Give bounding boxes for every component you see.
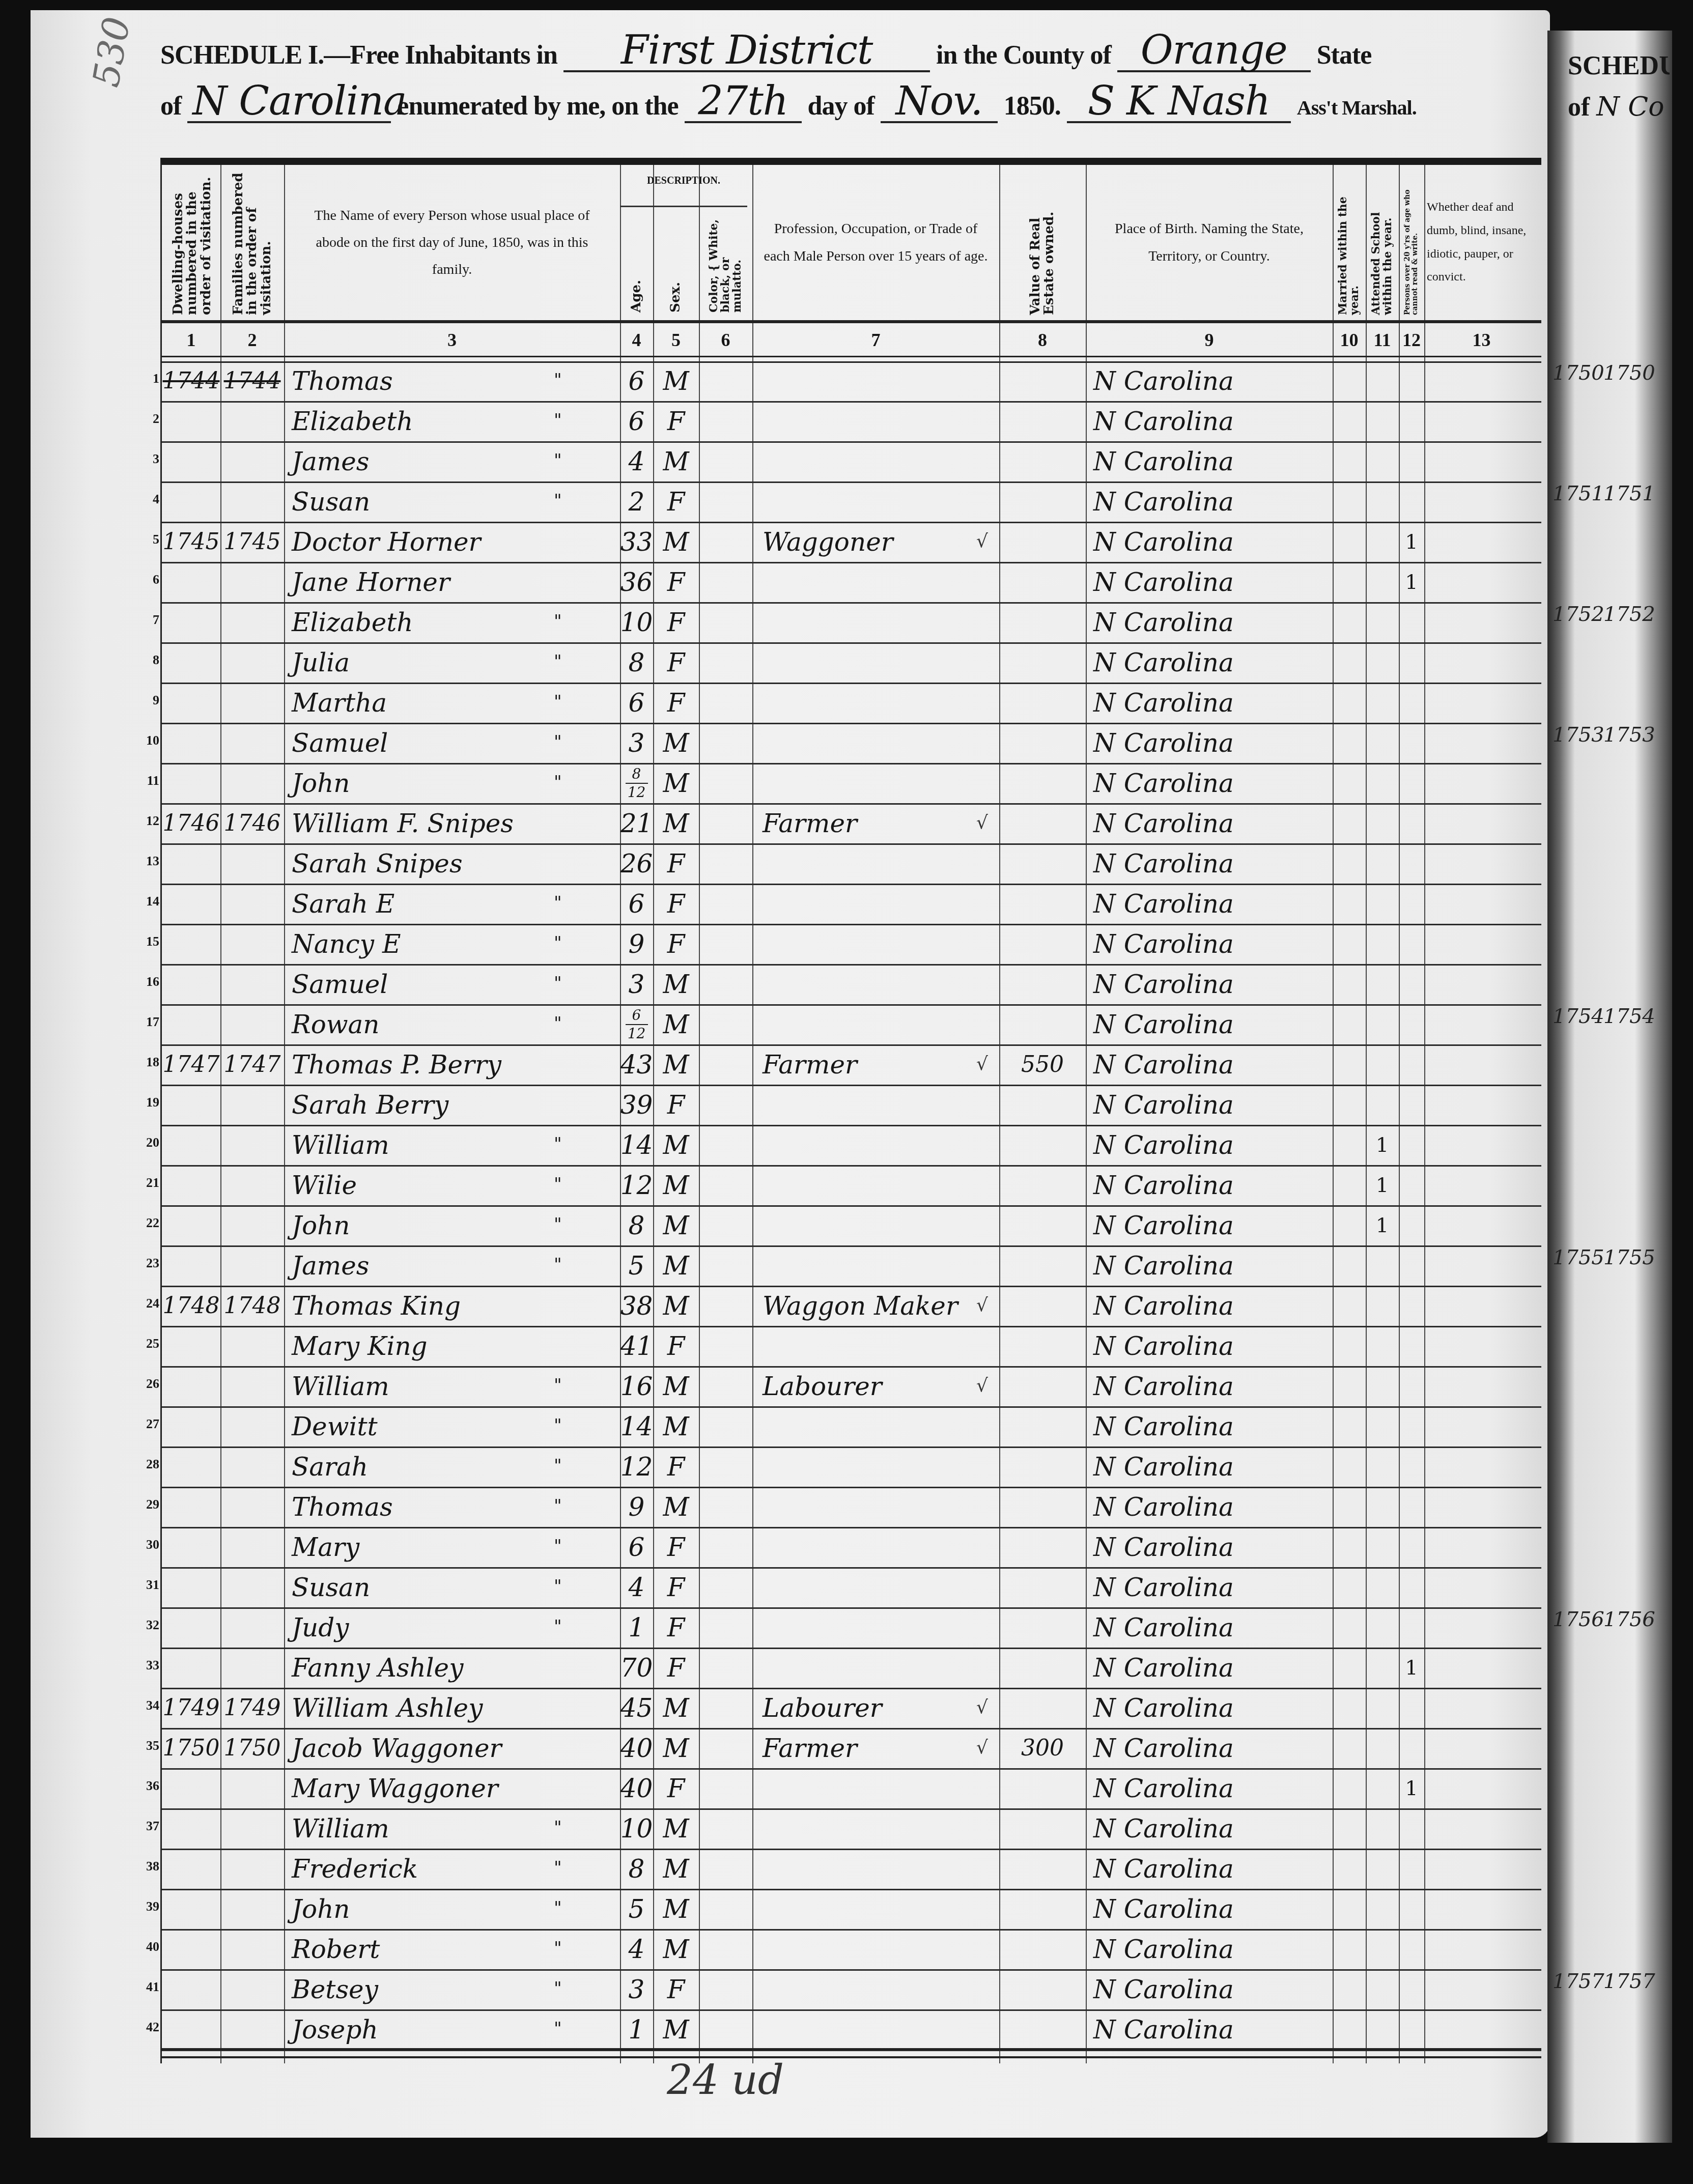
real-estate-value (999, 1004, 1086, 1044)
person-name: Martha (292, 683, 617, 723)
dwelling-number (162, 1446, 220, 1487)
real-estate-value (999, 763, 1086, 803)
sex: M (653, 522, 699, 562)
person-name: Elizabeth (292, 602, 617, 642)
person-name: James (292, 1245, 617, 1286)
person-name: Betsey (292, 1969, 617, 2009)
school-mark (1366, 843, 1399, 884)
next-page-dwelling-number: 1750 (1553, 361, 1604, 385)
tally-check-icon: √ (976, 1737, 988, 1758)
married-mark (1333, 2009, 1366, 2050)
next-page-family-number: 1755 (1603, 1246, 1655, 1269)
birthplace: N Carolina (1093, 1446, 1328, 1487)
sex: F (653, 1326, 699, 1366)
married-mark (1333, 1406, 1366, 1446)
ditto-mark: " (554, 450, 562, 471)
ditto-mark: " (554, 933, 562, 953)
school-mark (1366, 964, 1399, 1004)
dwelling-number (162, 1969, 220, 2009)
illiterate-mark (1399, 1165, 1424, 1205)
header-family: Families numbered in the order of visita… (222, 170, 283, 315)
occupation (763, 763, 997, 803)
next-page-family-number: 1757 (1603, 1970, 1655, 1993)
line-number: 7 (139, 612, 159, 628)
table-row: 37William10MN Carolina" (162, 1808, 1541, 1850)
school-mark (1366, 562, 1399, 602)
school-mark (1366, 1527, 1399, 1567)
table-row: 25Mary King41FN Carolina (162, 1326, 1541, 1368)
sex: M (653, 1205, 699, 1245)
ditto-mark: " (554, 1255, 562, 1275)
table-row: 27Dewitt14MN Carolina" (162, 1406, 1541, 1448)
married-mark (1333, 1607, 1366, 1648)
table-row: 3James4MN Carolina" (162, 441, 1541, 483)
real-estate-value (999, 1366, 1086, 1406)
sex: M (653, 1849, 699, 1889)
real-estate-value (999, 1969, 1086, 2009)
fraction-age: 612 (626, 1008, 648, 1041)
table-row: 11John812MN Carolina" (162, 763, 1541, 805)
real-estate-value (999, 562, 1086, 602)
school-mark (1366, 1728, 1399, 1768)
school-mark (1366, 602, 1399, 642)
married-mark (1333, 924, 1366, 964)
illiterate-mark (1399, 1849, 1424, 1889)
real-estate-value (999, 723, 1086, 763)
line-number: 4 (139, 492, 159, 507)
family-number (220, 1446, 284, 1487)
birthplace: N Carolina (1093, 361, 1328, 401)
real-estate-value (999, 1768, 1086, 1808)
illiterate-mark (1399, 843, 1424, 884)
age: 33 (620, 522, 653, 562)
ditto-mark: " (554, 1978, 562, 1999)
sex: M (653, 2009, 699, 2050)
ditto-mark: " (554, 491, 562, 511)
sex: M (653, 763, 699, 803)
illiterate-mark (1399, 1728, 1424, 1768)
married-mark (1333, 562, 1366, 602)
birthplace: N Carolina (1093, 723, 1328, 763)
family-number (220, 723, 284, 763)
dwelling-number: 1744 (162, 361, 220, 401)
real-estate-value (999, 1446, 1086, 1487)
real-estate-value (999, 1808, 1086, 1849)
person-name: John (292, 1889, 617, 1929)
dwelling-number (162, 924, 220, 964)
sex: F (653, 1085, 699, 1125)
married-mark (1333, 763, 1366, 803)
married-mark (1333, 1446, 1366, 1487)
family-number: 1747 (220, 1044, 284, 1085)
school-mark (1366, 1286, 1399, 1326)
sex: M (653, 723, 699, 763)
line-number: 36 (139, 1778, 159, 1794)
age: 2 (620, 481, 653, 522)
family-number (220, 2009, 284, 2050)
table-row: 40Robert4MN Carolina" (162, 1929, 1541, 1971)
dwelling-number (162, 481, 220, 522)
occupation (763, 1165, 997, 1205)
occupation: Labourer (763, 1688, 997, 1728)
dwelling-number (162, 1004, 220, 1044)
col-num-2: 2 (220, 326, 284, 354)
illiterate-mark: 1 (1399, 522, 1424, 562)
schedule-label: SCHEDULE I.—Free Inhabitants in (160, 41, 557, 70)
sex: F (653, 602, 699, 642)
birthplace: N Carolina (1093, 964, 1328, 1004)
birthplace: N Carolina (1093, 1527, 1328, 1567)
header-occupation: Profession, Occupation, or Trade of each… (755, 170, 997, 315)
married-mark (1333, 401, 1366, 441)
real-estate-value (999, 884, 1086, 924)
age: 3 (620, 964, 653, 1004)
col-num-10: 10 (1333, 326, 1366, 354)
family-number (220, 1929, 284, 1969)
person-name: James (292, 441, 617, 481)
illiterate-mark (1399, 1245, 1424, 1286)
header-illiterate: Persons over 20 y'rs of age who cannot r… (1399, 170, 1424, 315)
birthplace: N Carolina (1093, 1165, 1328, 1205)
col-num-11: 11 (1366, 326, 1399, 354)
person-name: Sarah (292, 1446, 617, 1487)
tally-check-icon: √ (976, 1295, 988, 1316)
dwelling-number (162, 1245, 220, 1286)
occupation (763, 1567, 997, 1607)
person-name: Thomas (292, 1487, 617, 1527)
occupation: Farmer (763, 803, 997, 843)
family-number (220, 401, 284, 441)
birthplace: N Carolina (1093, 562, 1328, 602)
age: 5 (620, 1889, 653, 1929)
person-name: Wilie (292, 1165, 617, 1205)
dwelling-number (162, 1366, 220, 1406)
married-mark (1333, 481, 1366, 522)
illiterate-mark (1399, 481, 1424, 522)
age: 4 (620, 441, 653, 481)
birthplace: N Carolina (1093, 1728, 1328, 1768)
birthplace: N Carolina (1093, 1849, 1328, 1889)
age: 43 (620, 1044, 653, 1085)
school-mark (1366, 683, 1399, 723)
ditto-mark: " (554, 1576, 562, 1597)
person-name: Mary (292, 1527, 617, 1567)
dwelling-number (162, 964, 220, 1004)
dwelling-number (162, 2009, 220, 2050)
dwelling-number (162, 1406, 220, 1446)
state-value: N Carolina (187, 81, 391, 123)
person-name: Nancy E (292, 924, 617, 964)
birthplace: N Carolina (1093, 441, 1328, 481)
table-row: 22John8MN Carolina1" (162, 1205, 1541, 1247)
dwelling-number: 1745 (162, 522, 220, 562)
school-mark (1366, 1446, 1399, 1487)
school-mark (1366, 401, 1399, 441)
illiterate-mark (1399, 642, 1424, 683)
col-num-12: 12 (1399, 326, 1424, 354)
sex: F (653, 683, 699, 723)
ditto-mark: " (554, 1536, 562, 1556)
family-number (220, 441, 284, 481)
school-mark (1366, 884, 1399, 924)
occupation (763, 1245, 997, 1286)
married-mark (1333, 843, 1366, 884)
sex: F (653, 843, 699, 884)
real-estate-value (999, 361, 1086, 401)
ditto-mark: " (554, 370, 562, 390)
table-row: 31Susan4FN Carolina" (162, 1567, 1541, 1609)
line-number: 6 (139, 572, 159, 587)
real-estate-value (999, 803, 1086, 843)
next-page-family-number: 1754 (1603, 1005, 1655, 1028)
person-name: Mary King (292, 1326, 617, 1366)
school-mark: 1 (1366, 1205, 1399, 1245)
school-mark (1366, 1245, 1399, 1286)
dwelling-number (162, 602, 220, 642)
school-mark (1366, 1849, 1399, 1889)
age: 612 (620, 1004, 653, 1044)
school-mark (1366, 803, 1399, 843)
family-number (220, 1567, 284, 1607)
sex: F (653, 642, 699, 683)
illiterate-mark (1399, 803, 1424, 843)
next-page-dwelling-number: 1755 (1553, 1246, 1604, 1269)
married-mark (1333, 1366, 1366, 1406)
marshal-signature: S K Nash (1067, 81, 1291, 123)
dwelling-number (162, 1326, 220, 1366)
next-page-family-number: 1751 (1603, 482, 1655, 505)
age: 3 (620, 723, 653, 763)
header-real-estate: Value of Real Estate owned. (999, 170, 1086, 315)
ditto-mark: " (554, 1214, 562, 1235)
table-row: 9Martha6FN Carolina" (162, 683, 1541, 724)
real-estate-value (999, 1286, 1086, 1326)
county-value: Orange (1117, 31, 1311, 72)
married-mark (1333, 1326, 1366, 1366)
real-estate-value (999, 1205, 1086, 1245)
birthplace: N Carolina (1093, 763, 1328, 803)
birthplace: N Carolina (1093, 1205, 1328, 1245)
occupation (763, 361, 997, 401)
birthplace: N Carolina (1093, 1607, 1328, 1648)
age: 1 (620, 1607, 653, 1648)
table-row: 20William14MN Carolina1" (162, 1125, 1541, 1167)
birthplace: N Carolina (1093, 1487, 1328, 1527)
married-mark (1333, 1929, 1366, 1969)
illiterate-mark (1399, 1929, 1424, 1969)
line-number: 23 (139, 1256, 159, 1271)
person-name: Thomas P. Berry (292, 1044, 617, 1085)
school-mark (1366, 441, 1399, 481)
age: 38 (620, 1286, 653, 1326)
age: 10 (620, 602, 653, 642)
occupation: Waggon Maker (763, 1286, 997, 1326)
married-mark (1333, 1889, 1366, 1929)
married-mark (1333, 964, 1366, 1004)
age: 6 (620, 361, 653, 401)
dwelling-number: 1749 (162, 1688, 220, 1728)
line-number: 11 (139, 773, 159, 788)
family-number (220, 763, 284, 803)
sex: F (653, 1768, 699, 1808)
dwelling-number (162, 763, 220, 803)
dwelling-number (162, 884, 220, 924)
ditto-mark: " (554, 1818, 562, 1838)
ditto-mark: " (554, 1616, 562, 1637)
birthplace: N Carolina (1093, 602, 1328, 642)
dwelling-number (162, 642, 220, 683)
tally-check-icon: √ (976, 812, 988, 833)
occupation (763, 1406, 997, 1446)
school-mark: 1 (1366, 1125, 1399, 1165)
sex: M (653, 1004, 699, 1044)
occupation (763, 964, 997, 1004)
line-number: 18 (139, 1055, 159, 1070)
sex: F (653, 1567, 699, 1607)
married-mark (1333, 1527, 1366, 1567)
real-estate-value (999, 964, 1086, 1004)
next-page-state: of N Co (1568, 92, 1670, 122)
illiterate-mark (1399, 1527, 1424, 1567)
occupation (763, 1768, 997, 1808)
real-estate-value (999, 1929, 1086, 1969)
married-mark (1333, 1165, 1366, 1205)
married-mark (1333, 1808, 1366, 1849)
illiterate-mark (1399, 1366, 1424, 1406)
age: 3 (620, 1969, 653, 2009)
real-estate-value (999, 1607, 1086, 1648)
dwelling-number (162, 1527, 220, 1567)
ditto-mark: " (554, 651, 562, 672)
family-number: 1745 (220, 522, 284, 562)
person-name: Susan (292, 481, 617, 522)
ditto-mark: " (554, 893, 562, 913)
table-row: 32Judy1FN Carolina" (162, 1607, 1541, 1649)
dwelling-number (162, 843, 220, 884)
school-mark (1366, 1929, 1399, 1969)
col-num-3: 3 (284, 326, 620, 354)
dwelling-number (162, 1889, 220, 1929)
table-row: 117441744Thomas6MN Carolina" (162, 361, 1541, 403)
birthplace: N Carolina (1093, 1567, 1328, 1607)
sex: M (653, 803, 699, 843)
family-number (220, 1205, 284, 1245)
real-estate-value (999, 1125, 1086, 1165)
real-estate-value (999, 924, 1086, 964)
birthplace: N Carolina (1093, 683, 1328, 723)
line-number: 30 (139, 1537, 159, 1552)
line-number: 37 (139, 1819, 159, 1834)
tally-check-icon: √ (976, 531, 988, 552)
school-mark (1366, 1889, 1399, 1929)
person-name: Judy (292, 1607, 617, 1648)
occupation (763, 642, 997, 683)
family-number (220, 843, 284, 884)
tally-check-icon: √ (976, 1054, 988, 1074)
illiterate-mark: 1 (1399, 1768, 1424, 1808)
sex: F (653, 481, 699, 522)
real-estate-value (999, 481, 1086, 522)
sex: M (653, 1245, 699, 1286)
dwelling-number (162, 1648, 220, 1688)
dwelling-number (162, 723, 220, 763)
dwelling-number (162, 1205, 220, 1245)
married-mark (1333, 1728, 1366, 1768)
birthplace: N Carolina (1093, 1889, 1328, 1929)
illiterate-mark (1399, 1085, 1424, 1125)
table-row: 21Wilie12MN Carolina1" (162, 1165, 1541, 1207)
family-number (220, 683, 284, 723)
sex: M (653, 1929, 699, 1969)
col-num-9: 9 (1086, 326, 1333, 354)
sex: F (653, 401, 699, 441)
school-mark (1366, 2009, 1399, 2050)
real-estate-value (999, 1648, 1086, 1688)
family-number (220, 1768, 284, 1808)
marshal-label: Ass't Marshal. (1297, 96, 1417, 119)
table-row: 2417481748Thomas King38MWaggon MakerN Ca… (162, 1286, 1541, 1327)
occupation (763, 602, 997, 642)
age: 36 (620, 562, 653, 602)
school-mark (1366, 924, 1399, 964)
table-row: 15Nancy E9FN Carolina" (162, 924, 1541, 966)
line-number: 25 (139, 1336, 159, 1351)
sex: M (653, 964, 699, 1004)
school-mark (1366, 522, 1399, 562)
illiterate-mark (1399, 1286, 1424, 1326)
person-name: Frederick (292, 1849, 617, 1889)
person-name: Thomas (292, 361, 617, 401)
age: 9 (620, 1487, 653, 1527)
next-page-state-value: N Co (1596, 92, 1664, 122)
illiterate-mark (1399, 964, 1424, 1004)
family-number (220, 642, 284, 683)
real-estate-value (999, 642, 1086, 683)
real-estate-value (999, 1165, 1086, 1205)
school-mark (1366, 642, 1399, 683)
county-label: in the County of (936, 41, 1111, 70)
birthplace: N Carolina (1093, 1648, 1328, 1688)
married-mark (1333, 1688, 1366, 1728)
col-num-5: 5 (653, 326, 699, 354)
sex: M (653, 1728, 699, 1768)
person-name: Jane Horner (292, 562, 617, 602)
illiterate-mark (1399, 2009, 1424, 2050)
line-number: 39 (139, 1899, 159, 1914)
real-estate-value: 550 (999, 1044, 1086, 1085)
person-name: John (292, 1205, 617, 1245)
line-number: 5 (139, 532, 159, 547)
age: 10 (620, 1808, 653, 1849)
married-mark (1333, 1245, 1366, 1286)
real-estate-value (999, 1849, 1086, 1889)
dwelling-number (162, 1125, 220, 1165)
line-number: 2 (139, 411, 159, 427)
table-row: 23James5MN Carolina" (162, 1245, 1541, 1287)
sex: F (653, 562, 699, 602)
school-mark (1366, 1567, 1399, 1607)
ditto-mark: " (554, 1134, 562, 1154)
person-name: Robert (292, 1929, 617, 1969)
occupation: Waggoner (763, 522, 997, 562)
header-name: The Name of every Person whose usual pla… (289, 170, 615, 315)
table-row: 10Samuel3MN Carolina" (162, 723, 1541, 764)
age: 45 (620, 1688, 653, 1728)
header-age: Age. (620, 211, 653, 313)
married-mark (1333, 803, 1366, 843)
age: 14 (620, 1125, 653, 1165)
line-number: 24 (139, 1296, 159, 1311)
